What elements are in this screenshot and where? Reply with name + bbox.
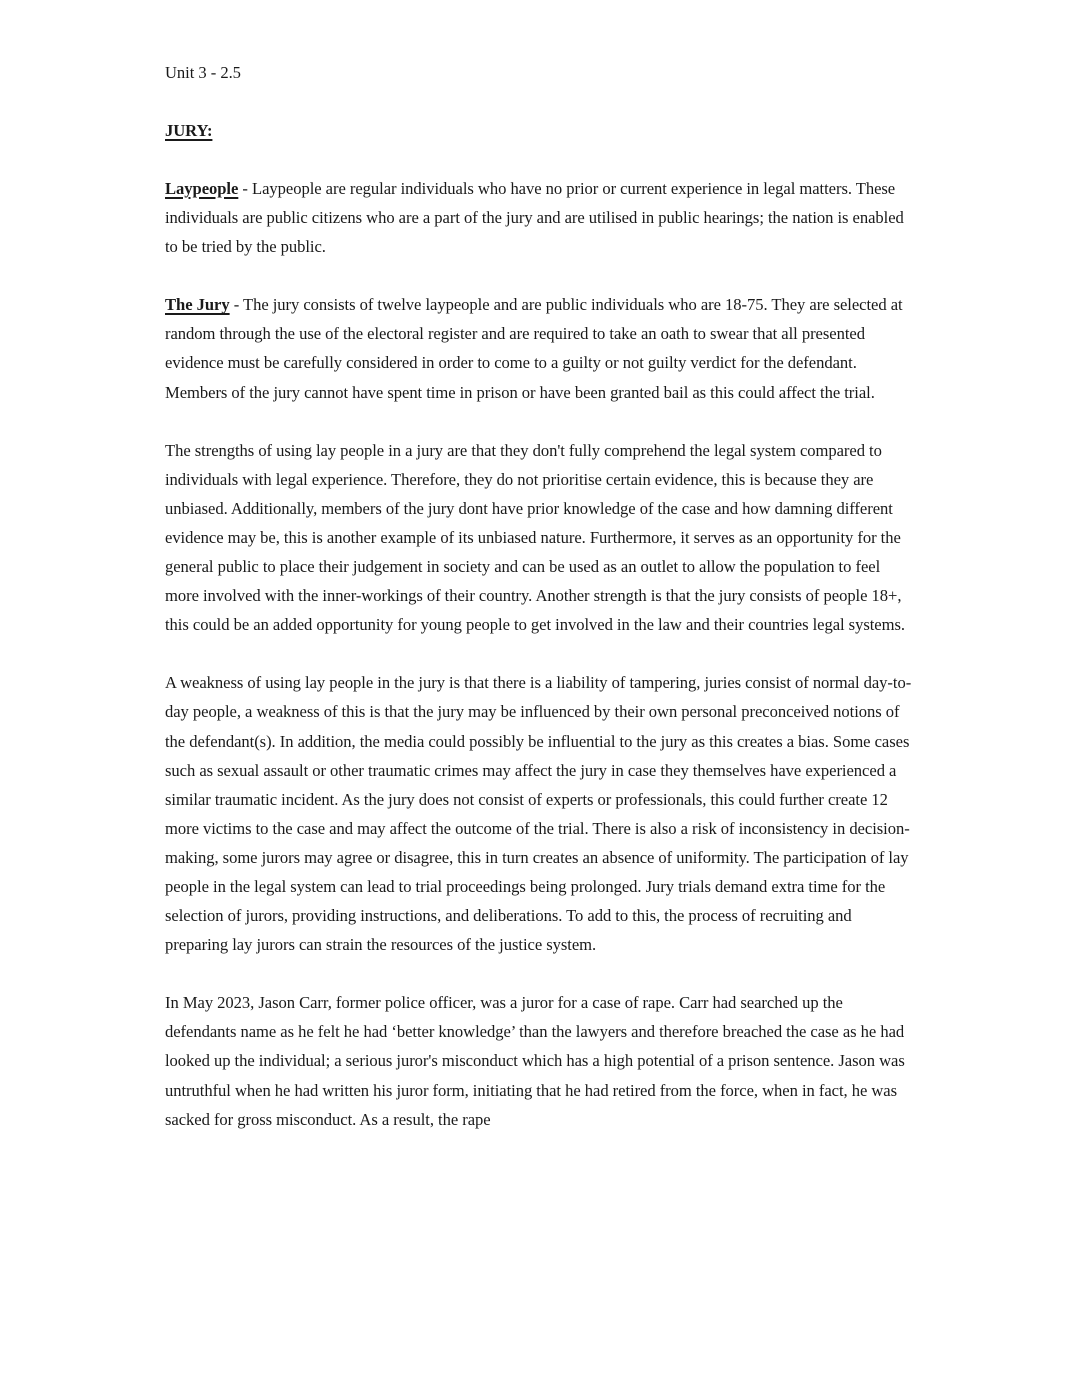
paragraph-weaknesses: A weakness of using lay people in the ju… bbox=[165, 668, 913, 959]
paragraph-case-example: In May 2023, Jason Carr, former police o… bbox=[165, 988, 913, 1133]
unit-label: Unit 3 - 2.5 bbox=[165, 58, 913, 87]
definition-text: The jury consists of twelve laypeople an… bbox=[165, 295, 903, 401]
term-the-jury: The Jury bbox=[165, 295, 230, 314]
section-heading-jury: JURY: bbox=[165, 116, 913, 145]
definition-text: Laypeople are regular individuals who ha… bbox=[165, 179, 904, 256]
definition-laypeople: Laypeople - Laypeople are regular indivi… bbox=[165, 174, 913, 261]
term-separator: - bbox=[230, 295, 243, 314]
definition-the-jury: The Jury - The jury consists of twelve l… bbox=[165, 290, 913, 406]
paragraph-strengths: The strengths of using lay people in a j… bbox=[165, 436, 913, 640]
term-separator: - bbox=[238, 179, 252, 198]
document-page: Unit 3 - 2.5 JURY: Laypeople - Laypeople… bbox=[165, 58, 913, 1134]
term-laypeople: Laypeople bbox=[165, 179, 238, 198]
